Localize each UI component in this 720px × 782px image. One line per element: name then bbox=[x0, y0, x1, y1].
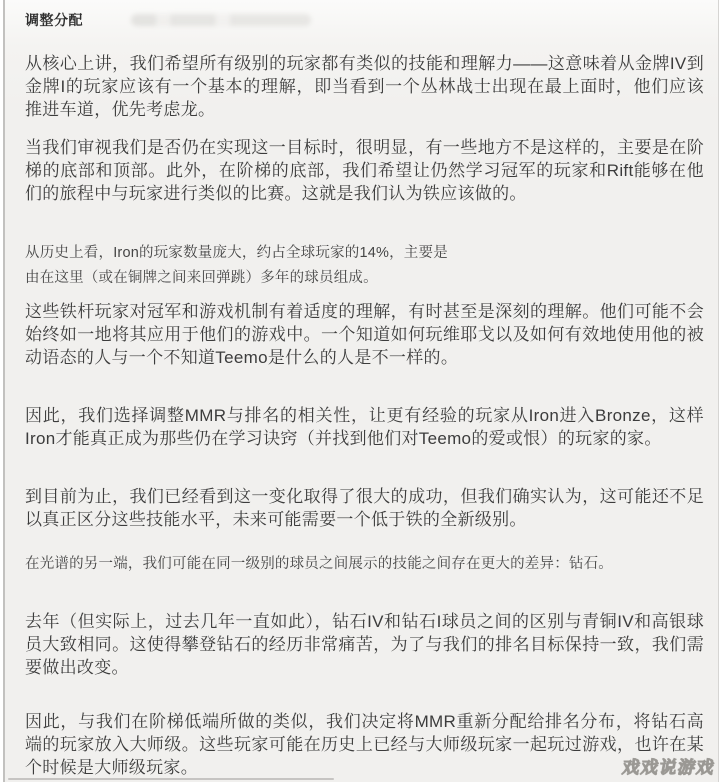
title-row: 调整分配 bbox=[25, 10, 704, 30]
paragraph-ladder-bottom-top: 当我们审视我们是否仍在实现这一目标时，很明显，有一些地方不是这样的，主要是在阶梯… bbox=[25, 136, 704, 205]
watermark: 戏戏说游戏 bbox=[620, 753, 717, 778]
paragraph-iron-players-understanding: 这些铁杆玩家对冠军和游戏机制有着适度的理解，有时甚至是深刻的理解。他们可能不会始… bbox=[25, 300, 704, 369]
paragraph-diamond-gap: 去年（但实际上，过去几年一直如此），钻石IV和钻石I球员之间的区别与青铜IV和高… bbox=[25, 610, 704, 679]
article-screenshot: 调整分配 从核心上讲，我们希望所有级别的玩家都有类似的技能和理解力——这意味着从… bbox=[0, 0, 720, 782]
paragraph-change-success: 到目前为止，我们已经看到这一变化取得了很大的成功，但我们确实认为，这可能还不足以… bbox=[25, 485, 704, 531]
paragraph-iron-population: 从历史上看，Iron的玩家数量庞大，约占全球玩家的14%，主要是 由在这里（或在… bbox=[25, 241, 704, 291]
blurred-text-placeholder bbox=[131, 14, 311, 26]
paragraph-core-goal: 从核心上讲，我们希望所有级别的玩家都有类似的技能和理解力——这意味着从金牌IV到… bbox=[25, 52, 704, 121]
article-body: 调整分配 从核心上讲，我们希望所有级别的玩家都有类似的技能和理解力——这意味着从… bbox=[0, 0, 720, 782]
paragraph-spectrum-diamond: 在光谱的另一端，我们可能在同一级别的球员之间展示的技能之间存在更大的差异：钻石。 bbox=[25, 552, 704, 577]
section-title: 调整分配 bbox=[25, 10, 83, 30]
paragraph-diamond-to-master: 因此，与我们在阶梯低端所做的类似，我们决定将MMR重新分配给排名分布，将钻石高端… bbox=[25, 710, 704, 779]
bottom-divider bbox=[8, 778, 334, 780]
paragraph-mmr-adjustment: 因此，我们选择调整MMR与排名的相关性，让更有经验的玩家从Iron进入Bronz… bbox=[25, 404, 704, 450]
left-edge-border bbox=[0, 0, 6, 782]
